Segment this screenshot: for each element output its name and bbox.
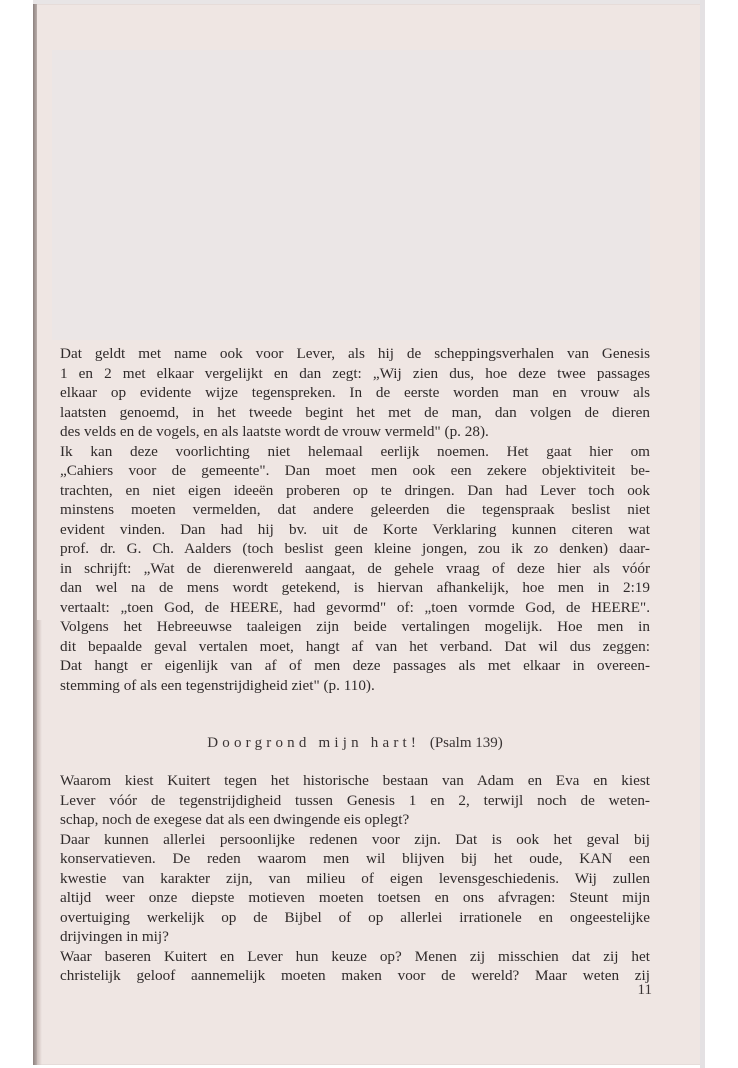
text-line: drijvingen in mij? bbox=[60, 927, 650, 947]
text-line: Dat geldt met name ook voor Lever, als h… bbox=[60, 344, 650, 364]
text-line: dit bepaalde geval vertalen moet, hangt … bbox=[60, 637, 650, 657]
text-line: Dat hangt er eigenlijk van af of men dez… bbox=[60, 656, 650, 676]
page-spine-shading bbox=[37, 620, 42, 1065]
section-heading: Doorgrond mijn hart! (Psalm 139) bbox=[60, 733, 650, 753]
section-heading-reference: (Psalm 139) bbox=[430, 735, 503, 751]
text-line: trachten, en niet eigen ideeën proberen … bbox=[60, 481, 650, 501]
text-line: elkaar op evidente wijze tegenspreken. I… bbox=[60, 383, 650, 403]
text-line: Daar kunnen allerlei persoonlijke redene… bbox=[60, 830, 650, 850]
text-line: Volgens het Hebreeuwse taaleigen zijn be… bbox=[60, 617, 650, 637]
text-line: Lever vóór de tegenstrijdigheid tussen G… bbox=[60, 791, 650, 811]
text-line: evident vinden. Dan had hij bv. uit de K… bbox=[60, 520, 650, 540]
text-line: kwestie van karakter zijn, van milieu of… bbox=[60, 869, 650, 889]
text-line: schap, noch de exegese dat als een dwing… bbox=[60, 810, 650, 830]
text-line: 1 en 2 met elkaar vergelijkt en dan zegt… bbox=[60, 364, 650, 384]
text-line: des velds en de vogels, en als laatste w… bbox=[60, 422, 650, 442]
text-line: minstens moeten vermelden, dat andere ge… bbox=[60, 500, 650, 520]
text-line: altijd weer onze diepste motieven moeten… bbox=[60, 888, 650, 908]
blank-image-area bbox=[52, 50, 650, 340]
text-line: in schrijft: „Wat de dierenwereld aangaa… bbox=[60, 559, 650, 579]
text-line: laatsten genoemd, in het tweede begint h… bbox=[60, 403, 650, 423]
text-line: overtuiging werkelijk op de Bijbel of op… bbox=[60, 908, 650, 928]
text-line: Ik kan deze voorlichting niet helemaal e… bbox=[60, 442, 650, 462]
section-heading-title: Doorgrond mijn hart! bbox=[207, 735, 420, 751]
paragraph-block-2: Waarom kiest Kuitert tegen het historisc… bbox=[60, 771, 650, 986]
paragraph-block-1: Dat geldt met name ook voor Lever, als h… bbox=[60, 344, 650, 695]
text-line: dan wel na de mens wordt getekend, is hi… bbox=[60, 578, 650, 598]
scan-right-edge bbox=[700, 0, 705, 1068]
text-line: Waar baseren Kuitert en Lever hun keuze … bbox=[60, 947, 650, 967]
page-number: 11 bbox=[632, 982, 652, 999]
text-line: christelijk geloof aannemelijk moeten ma… bbox=[60, 966, 650, 986]
text-line: stemming of als een tegenstrijdigheid zi… bbox=[60, 676, 650, 696]
text-line: konservatieven. De reden waarom men wil … bbox=[60, 849, 650, 869]
text-line: prof. dr. G. Ch. Aalders (toch beslist g… bbox=[60, 539, 650, 559]
text-line: „Cahiers voor de gemeente". Dan moet men… bbox=[60, 461, 650, 481]
text-line: Waarom kiest Kuitert tegen het historisc… bbox=[60, 771, 650, 791]
text-line: vertaalt: „toen God, de HEERE, had gevor… bbox=[60, 598, 650, 618]
